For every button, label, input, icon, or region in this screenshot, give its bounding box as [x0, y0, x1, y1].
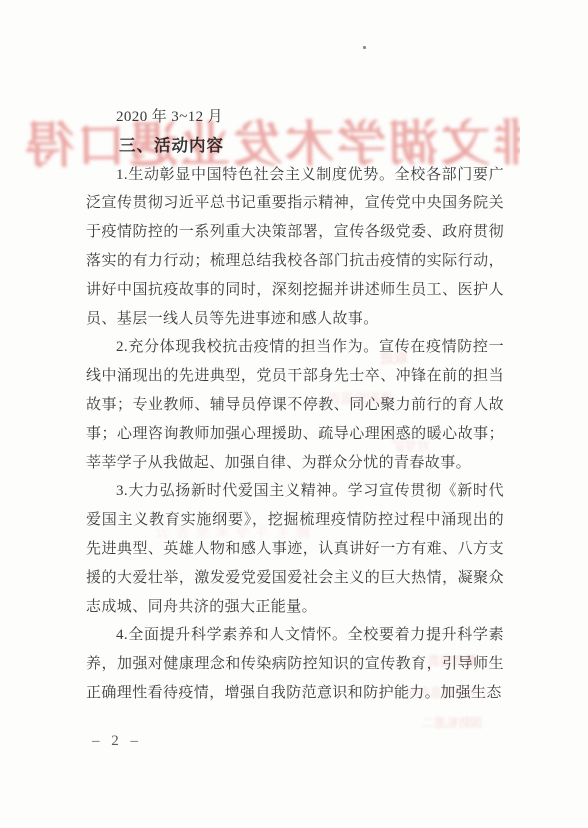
- scanned-document-page: 排文湖学木发业遇口得 取进 逃职饥退吉 对芽矿 随主斗令未至苦云 警官能芸 上为…: [0, 0, 588, 828]
- document-body: 2020 年 3~12 月 三、活动内容 1.生动彰显中国特色社会主义制度优势。…: [86, 103, 504, 708]
- paragraph-3: 3.大力弘扬新时代爱国主义精神。学习宣传贯彻《新时代爱国主义教育实施纲要》，挖掘…: [86, 477, 504, 621]
- paragraph-2: 2.充分体现我校抗击疫情的担当作为。宣传在疫情防控一线中涌现出的先进典型，党员干…: [86, 333, 504, 477]
- paragraph-1: 1.生动彰显中国特色社会主义制度优势。全校各部门要广泛宣传贯彻习近平总书记重要指…: [86, 161, 504, 334]
- scan-speck: [363, 46, 366, 49]
- section-heading: 三、活动内容: [86, 132, 504, 161]
- paragraph-4: 4.全面提升科学素养和人文情怀。全校要着力提升科学素养，加强对健康理念和传染病防…: [86, 621, 504, 707]
- date-range-line: 2020 年 3~12 月: [86, 103, 504, 132]
- page-number: – 2 –: [92, 733, 142, 750]
- red-printthrough-fragment: 国防私恙二: [422, 714, 482, 731]
